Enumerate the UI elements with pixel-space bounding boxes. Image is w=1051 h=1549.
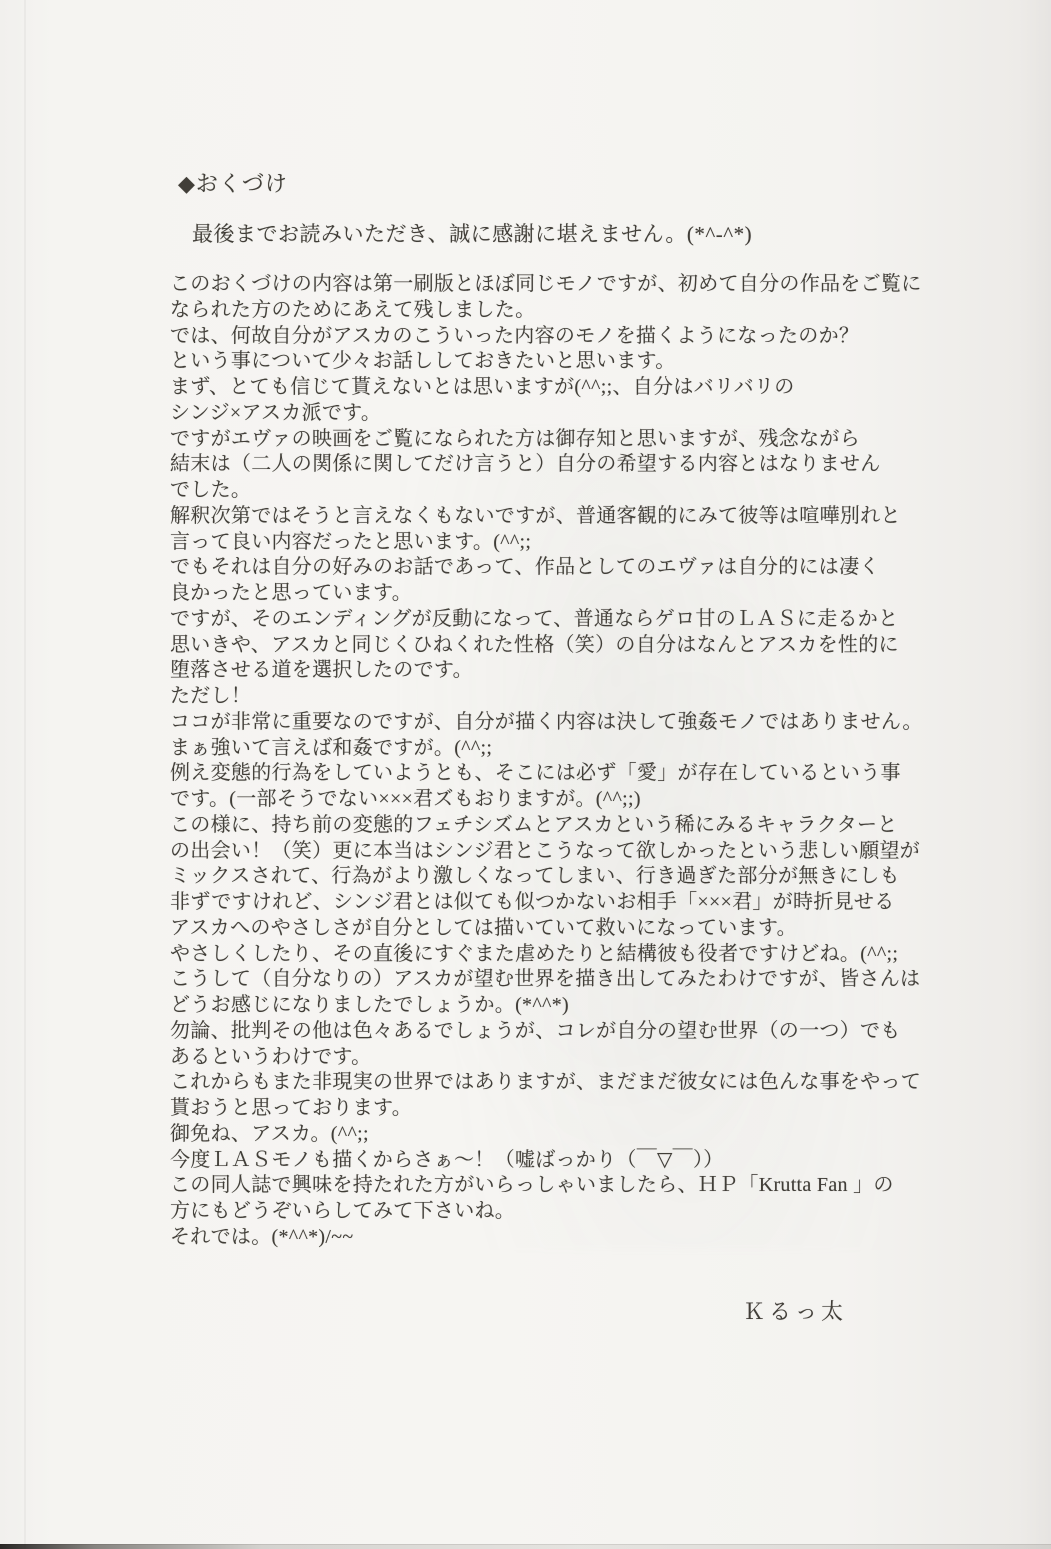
body-line: では、何故自分がアスカのこういった内容のモノを描くようになったのか？ [170,324,940,350]
body-line: という事について少々お話ししておきたいと思います。 [170,349,940,375]
body-line: 言って良い内容だったと思います。(^^;; [170,530,940,556]
body-line: 解釈次第ではそうと言えなくもないですが、普通客観的にみて彼等は喧嘩別れと [170,504,940,530]
body-line: ミックスされて、行為がより激しくなってしまい、行き過ぎた部分が無きにしも [170,864,940,890]
body-line: それでは。(*^^*)/~~ [170,1225,940,1251]
body-line: なられた方のためにあえて残しました。 [170,298,940,324]
body-line: やさしくしたり、その直後にすぐまた虐めたりと結構彼も役者ですけどね。(^^;; [170,942,940,968]
author-signature: Ｋるっ太 [743,1295,847,1326]
body-line: まぁ強いて言えば和姦ですが。(^^;; [170,736,940,762]
body-line: 御免ね、アスカ。(^^;; [170,1122,940,1148]
body-line: このおくづけの内容は第一刷版とほぼ同じモノですが、初めて自分の作品をご覧に [170,272,940,298]
body-line: 思いきや、アスカと同じくひねくれた性格（笑）の自分はなんとアスカを性的に [170,633,940,659]
body-line: どうお感じになりましたでしょうか。(*^^*) [170,993,940,1019]
scan-bottom-edge [0,1544,1051,1549]
body-line: ココが非常に重要なのですが、自分が描く内容は決して強姦モノではありません。 [170,710,940,736]
section-title: ◆おくづけ [178,167,288,198]
body-line: 勿論、批判その他は色々あるでしょうが、コレが自分の望む世界（の一つ）でも [170,1019,940,1045]
body-line: の出会い！（笑）更に本当はシンジ君とこうなって欲しかったという悲しい願望が [170,839,940,865]
body-line: ですが、そのエンディングが反動になって、普通ならゲロ甘のＬＡＳに走るかと [170,607,940,633]
body-line: この様に、持ち前の変態的フェチシズムとアスカという稀にみるキャラクターと [170,813,940,839]
body-line: あるというわけです。 [170,1045,940,1071]
scanned-afterword-page: ◆おくづけ 最後までお読みいただき、誠に感謝に堪えません。(*^-^*) このお… [0,0,1051,1549]
body-line: 例え変態的行為をしていようとも、そこには必ず「愛」が存在しているという事 [170,761,940,787]
body-line: 貰おうと思っております。 [170,1096,940,1122]
body-line: こうして（自分なりの）アスカが望む世界を描き出してみたわけですが、皆さんは [170,967,940,993]
body-line: 非ずですけれど、シンジ君とは似ても似つかないお相手「×××君」が時折見せる [170,890,940,916]
body-line: これからもまた非現実の世界ではありますが、まだまだ彼女には色んな事をやって [170,1070,940,1096]
body-line: ただし！ [170,684,940,710]
body-line: 堕落させる道を選択したのです。 [170,658,940,684]
afterword-body: このおくづけの内容は第一刷版とほぼ同じモノですが、初めて自分の作品をご覧になられ… [170,272,940,1251]
body-line: 方にもどうぞいらしてみて下さいね。 [170,1199,940,1225]
body-line: ですがエヴァの映画をご覧になられた方は御存知と思いますが、残念ながら [170,427,940,453]
body-line: アスカへのやさしさが自分としては描いていて救いになっています。 [170,916,940,942]
body-line: 今度ＬＡＳモノも描くからさぁ～！（嘘ばっかり（￣▽￣）） [170,1148,940,1174]
body-line: 良かったと思っています。 [170,581,940,607]
body-line: でもそれは自分の好みのお話であって、作品としてのエヴァは自分的には凄く [170,555,940,581]
body-line: この同人誌で興味を持たれた方がいらっしゃいましたら、ＨＰ「Krutta Fan … [170,1173,940,1199]
body-line: シンジ×アスカ派です。 [170,401,940,427]
body-line: でした。 [170,478,940,504]
body-line: 結末は（二人の関係に関してだけ言うと）自分の希望する内容とはなりません [170,452,940,478]
greeting-line: 最後までお読みいただき、誠に感謝に堪えません。(*^-^*) [192,218,752,248]
body-line: まず、とても信じて貰えないとは思いますが(^^;;、自分はバリバリの [170,375,940,401]
scan-edge-line [24,0,26,1549]
body-line: です。(一部そうでない×××君ズもおりますが。(^^;;) [170,787,940,813]
